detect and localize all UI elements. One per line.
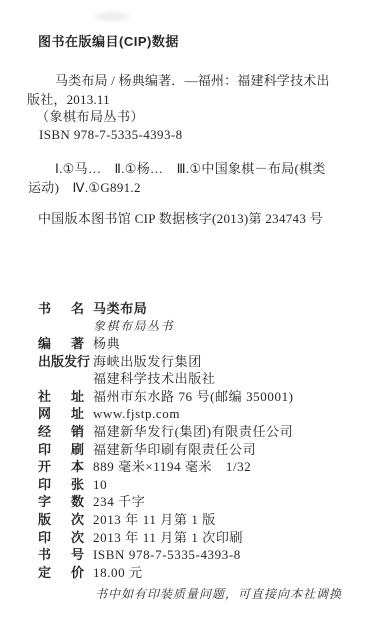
- colophon-row-label: 开本: [38, 460, 84, 474]
- colophon-row-label: 书名: [38, 302, 84, 316]
- colophon-row-value: 海峡出版发行集团: [93, 355, 202, 369]
- colophon-row-label: 印刷: [38, 443, 84, 457]
- colophon-row-value: 杨典: [93, 337, 120, 351]
- cip-isbn: ISBN 978-7-5335-4393-8: [39, 128, 183, 142]
- colophon-row-label: 书号: [38, 548, 84, 562]
- scan-smudge: [95, 12, 129, 21]
- colophon-row: 印次 2013 年 11 月第 1 次印刷: [38, 529, 358, 547]
- quality-exchange-note: 书中如有印装质量问题，可直接向本社调换: [95, 585, 342, 602]
- colophon-row-value: 2013 年 11 月第 1 版: [93, 513, 216, 527]
- cip-entry-line-1: 马类布局 / 杨典编著．—福州：福建科学技术出: [55, 74, 330, 88]
- colophon-row: 经销 福建新华发行(集团)有限责任公司: [38, 423, 358, 441]
- colophon-row-value: 18.00 元: [93, 566, 143, 580]
- colophon-row-value: 889 毫米×1194 毫米 1/32: [93, 460, 251, 474]
- colophon-row-value: 马类布局: [93, 302, 147, 316]
- colophon-row-value: 福建新华印刷有限责任公司: [93, 443, 256, 457]
- colophon-row-value: 福建科学技术出版社: [93, 372, 215, 386]
- colophon-row: 开本 889 毫米×1194 毫米 1/32: [38, 458, 358, 476]
- colophon-row-value: www.fjstp.com: [93, 407, 180, 421]
- colophon-row-value: 福州市东水路 76 号(邮编 350001): [93, 390, 294, 404]
- colophon-row: 象棋布局丛书: [38, 318, 358, 336]
- book-copyright-page: 图书在版编目(CIP)数据 马类布局 / 杨典编著．—福州：福建科学技术出 版社…: [0, 0, 375, 620]
- colophon-row-label: 定价: [38, 566, 84, 580]
- colophon-rows: 书名 马类布局 象棋布局丛书 编著 杨典 出版发行 海峡出版发行集团 福建科学技…: [38, 300, 358, 582]
- colophon-row-label: 社址: [38, 390, 84, 404]
- colophon-row-value: 福建新华发行(集团)有限责任公司: [93, 425, 293, 439]
- colophon-row-value: 10: [93, 478, 107, 492]
- colophon-row: 版次 2013 年 11 月第 1 版: [38, 511, 358, 529]
- colophon-row-label: 版次: [38, 513, 84, 527]
- colophon-row-label: 字数: [38, 495, 84, 509]
- cip-heading: 图书在版编目(CIP)数据: [38, 35, 179, 49]
- cip-classification-line-2: 运动) Ⅳ.①G891.2: [28, 181, 141, 195]
- colophon-row-label: 印次: [38, 531, 84, 545]
- colophon-row-label: 印张: [38, 478, 84, 492]
- colophon-row: 印刷 福建新华印刷有限责任公司: [38, 441, 358, 459]
- colophon-row-label: 编著: [38, 337, 84, 351]
- cip-classification-line-1: Ⅰ.①马… Ⅱ.①杨… Ⅲ.①中国象棋－布局(棋类: [55, 162, 326, 176]
- colophon-row: 网址 www.fjstp.com: [38, 406, 358, 424]
- colophon-row-value: 2013 年 11 月第 1 次印刷: [93, 531, 243, 545]
- colophon-row: 书号 ISBN 978-7-5335-4393-8: [38, 546, 358, 564]
- colophon-row: 定价 18.00 元: [38, 564, 358, 582]
- colophon-row-value: 象棋布局丛书: [93, 319, 174, 333]
- colophon-row-label: 出版发行: [38, 355, 84, 369]
- colophon-row: 福建科学技术出版社: [38, 370, 358, 388]
- colophon-row: 出版发行 海峡出版发行集团: [38, 353, 358, 371]
- colophon-row-value: 234 千字: [93, 495, 145, 509]
- colophon-row: 编著 杨典: [38, 335, 358, 353]
- colophon-row: 书名 马类布局: [38, 300, 358, 318]
- colophon-row-value: ISBN 978-7-5335-4393-8: [93, 548, 241, 562]
- colophon-row-label: 经销: [38, 425, 84, 439]
- colophon-row: 印张 10: [38, 476, 358, 494]
- colophon-row: 字数 234 千字: [38, 494, 358, 512]
- colophon-row: 社址 福州市东水路 76 号(邮编 350001): [38, 388, 358, 406]
- series-note: （象棋布局丛书）: [36, 110, 144, 124]
- cip-entry-line-2: 版社，2013.11: [27, 93, 110, 107]
- colophon-row-label: 网址: [38, 407, 84, 421]
- cip-record-number: 中国版本图书馆 CIP 数据核字(2013)第 234743 号: [38, 212, 323, 226]
